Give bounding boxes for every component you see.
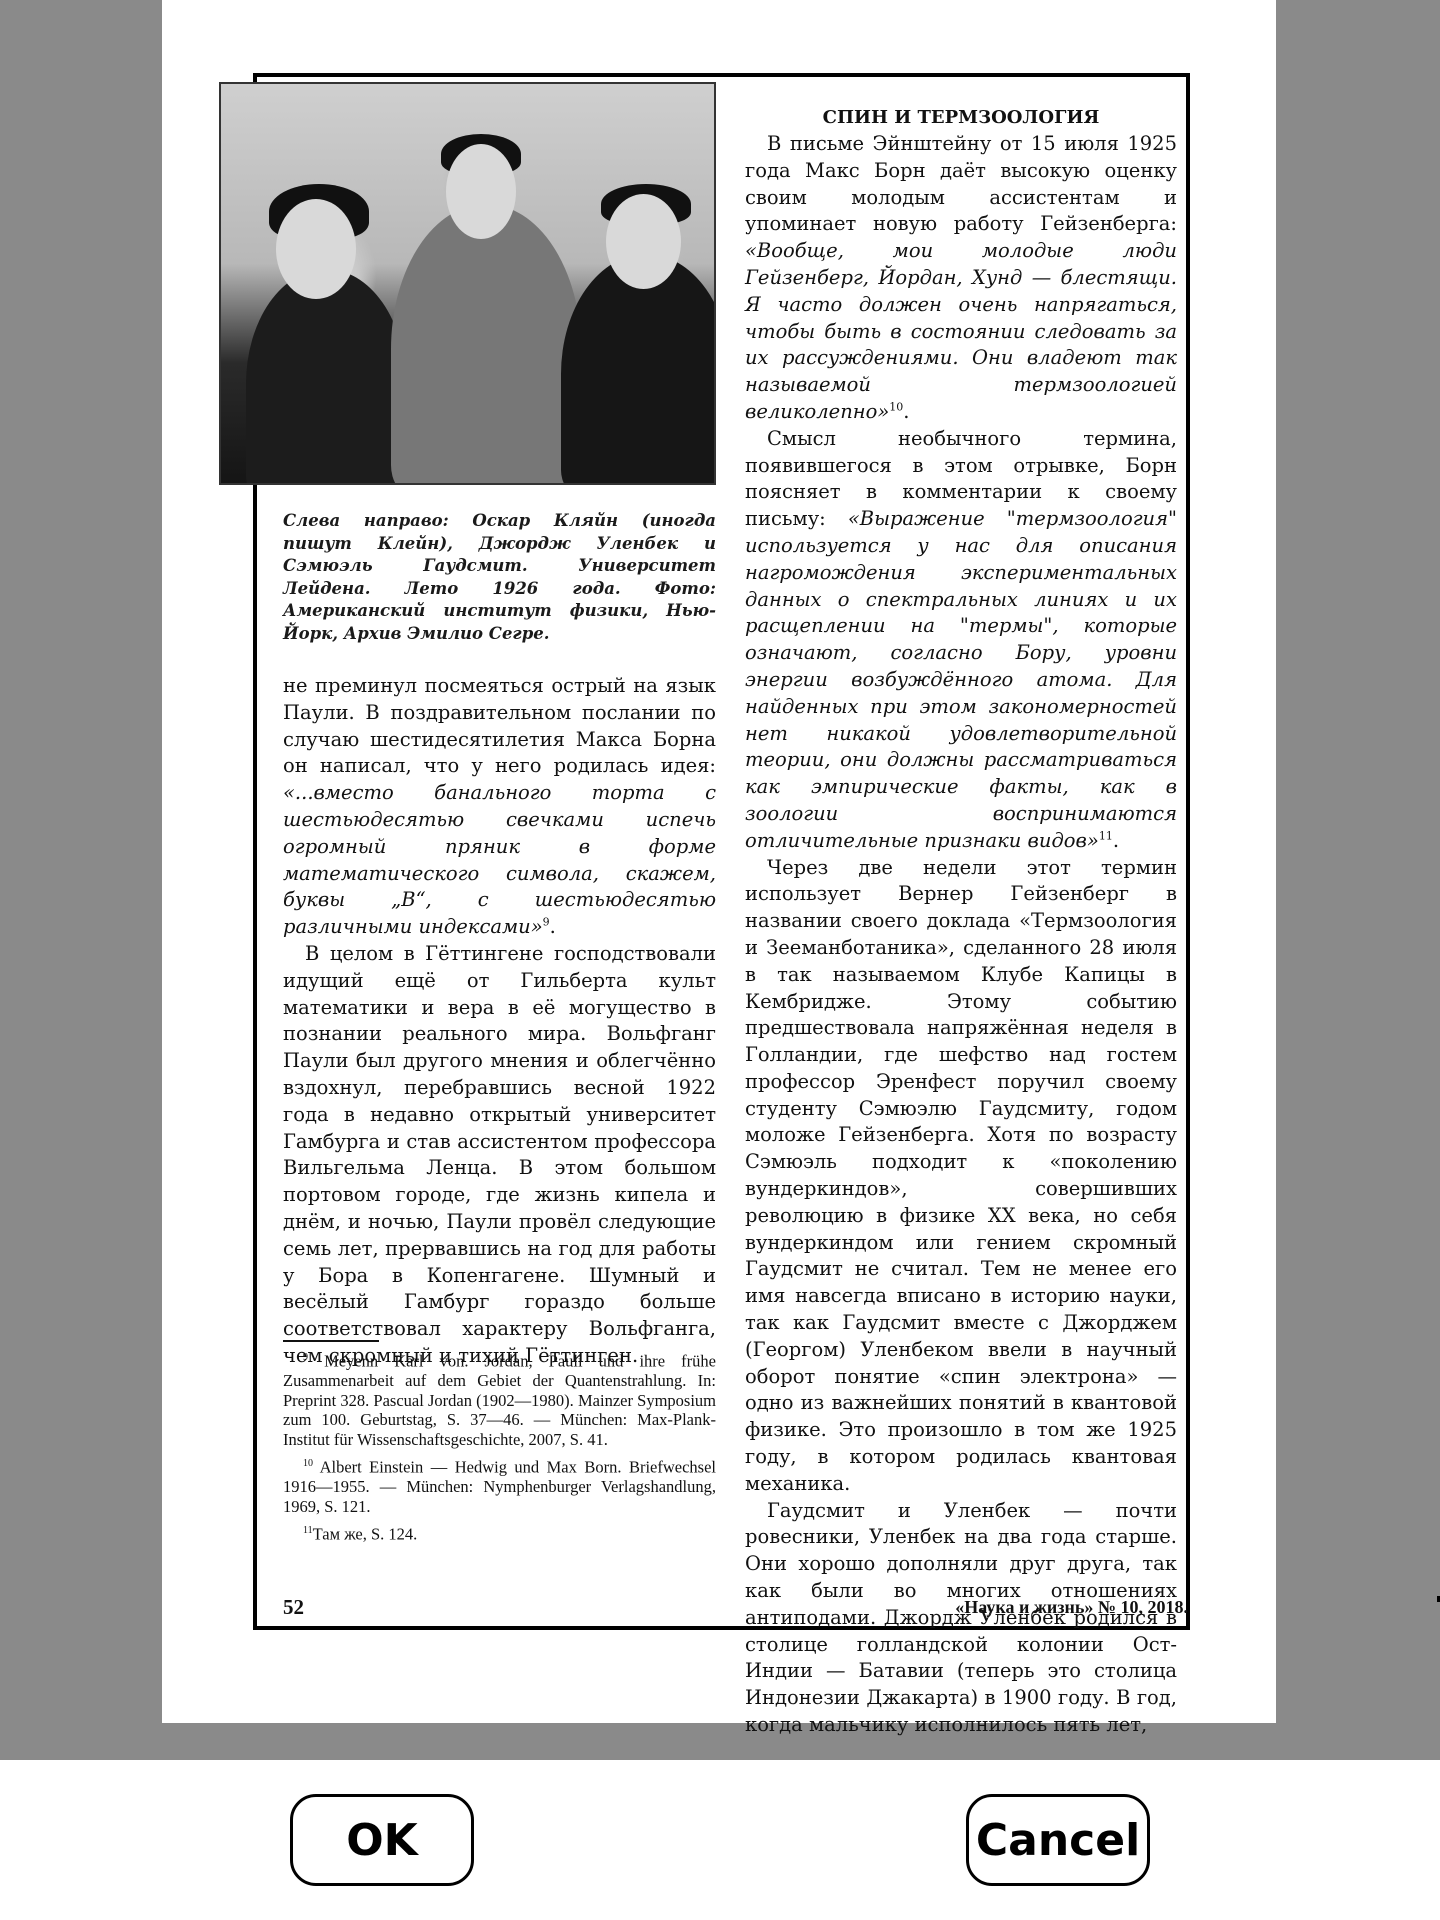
footnote-text: Там же, S. 124.: [313, 1525, 418, 1544]
section-title: СПИН И ТЕРМЗООЛОГИЯ: [745, 105, 1177, 131]
footnote-text: Meyenn Karl von. Jordan, Pauli und ihre …: [283, 1352, 716, 1449]
paragraph-text: В письме Эйнштейну от 15 июля 1925 года …: [745, 132, 1177, 235]
footnote-ref-9: 9: [543, 916, 550, 929]
footnote-ref-10: 10: [889, 400, 903, 413]
face-left: [276, 199, 356, 299]
footnote-text: Albert Einstein — Hedwig und Max Born. B…: [283, 1458, 716, 1516]
photo-caption: Слева направо: Оскар Кляйн (иногда пишут…: [283, 510, 716, 645]
right-column: СПИН И ТЕРМЗООЛОГИЯ В письме Эйнштейну о…: [745, 105, 1177, 1739]
person-left: [246, 269, 406, 485]
footnote-number: 11: [303, 1525, 313, 1536]
face-right: [606, 194, 681, 289]
left-column: не преминул посмеяться острый на язык Па…: [283, 673, 716, 1370]
journal-issue: «Наука и жизнь» № 10, 2018.: [955, 1597, 1188, 1618]
punctuation: .: [903, 400, 909, 423]
right-paragraph-4: Гаудсмит и Уленбек — почти ровесники, Ул…: [745, 1498, 1177, 1739]
left-paragraph-1: не преминул посмеяться острый на язык Па…: [283, 673, 716, 941]
footnote-9: 9 Meyenn Karl von. Jordan, Pauli und ihr…: [283, 1348, 716, 1449]
pauli-quote: «...вместо банального торта с шестьюдеся…: [283, 781, 716, 938]
footnotes: 9 Meyenn Karl von. Jordan, Pauli und ihr…: [283, 1348, 716, 1549]
footnote-ref-11: 11: [1099, 829, 1113, 842]
ok-button[interactable]: OK: [290, 1794, 474, 1886]
right-paragraph-3: Через две недели этот термин использует …: [745, 855, 1177, 1498]
right-paragraph-1: В письме Эйнштейну от 15 июля 1925 года …: [745, 131, 1177, 426]
historical-photo: [219, 82, 716, 485]
cancel-button[interactable]: Cancel: [966, 1794, 1150, 1886]
footnote-number: 9: [303, 1352, 308, 1363]
footnote-11: 11Там же, S. 124.: [283, 1521, 716, 1544]
left-paragraph-2: В целом в Гёттингене господствовали идущ…: [283, 941, 716, 1370]
punctuation: .: [1113, 829, 1119, 852]
face-center: [446, 144, 516, 239]
footnote-number: 10: [303, 1458, 313, 1469]
punctuation: .: [550, 915, 556, 938]
page-number: 52: [283, 1595, 304, 1620]
born-quote: «Вообще, мои молодые люди Гейзенберг, Йо…: [745, 239, 1177, 423]
footnote-10: 10 Albert Einstein — Hedwig und Max Born…: [283, 1454, 716, 1516]
paragraph-text: не преминул посмеяться острый на язык Па…: [283, 674, 716, 777]
born-comment-quote: «Выражение "термзоология" используется у…: [745, 507, 1177, 852]
footnote-divider: [283, 1340, 379, 1342]
person-center: [391, 204, 581, 485]
right-paragraph-2: Смысл необычного термина, появившегося в…: [745, 426, 1177, 855]
